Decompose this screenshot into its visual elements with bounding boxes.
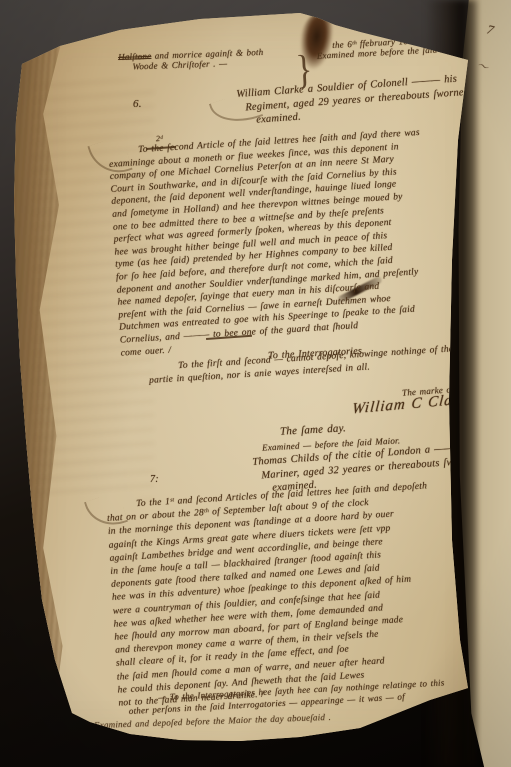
interlinear-correction: 2ᵈ xyxy=(156,134,164,143)
case-header: Halſtone and morrice againſt & both Wood… xyxy=(118,47,264,72)
margin-mark-2: 7: xyxy=(150,474,159,485)
deposition1-body: To the ſecond Article of the ſaid lettre… xyxy=(108,122,511,360)
facing-page-numeral: 7 xyxy=(485,21,495,38)
same-day-line: The ſame day. xyxy=(280,422,347,437)
deponent1-heading: William Clarke a Souldier of Colonell ——… xyxy=(236,71,485,129)
photograph-of-manuscript: 7 〜 Halſtone and morrice againſt & both … xyxy=(0,0,511,767)
deposition2-body: To the 1ˢᵗ and ſecond Articles of the ſa… xyxy=(106,475,511,710)
manuscript-page: Halſtone and morrice againſt & both Wood… xyxy=(0,0,511,767)
margin-mark: 6. xyxy=(133,98,142,110)
